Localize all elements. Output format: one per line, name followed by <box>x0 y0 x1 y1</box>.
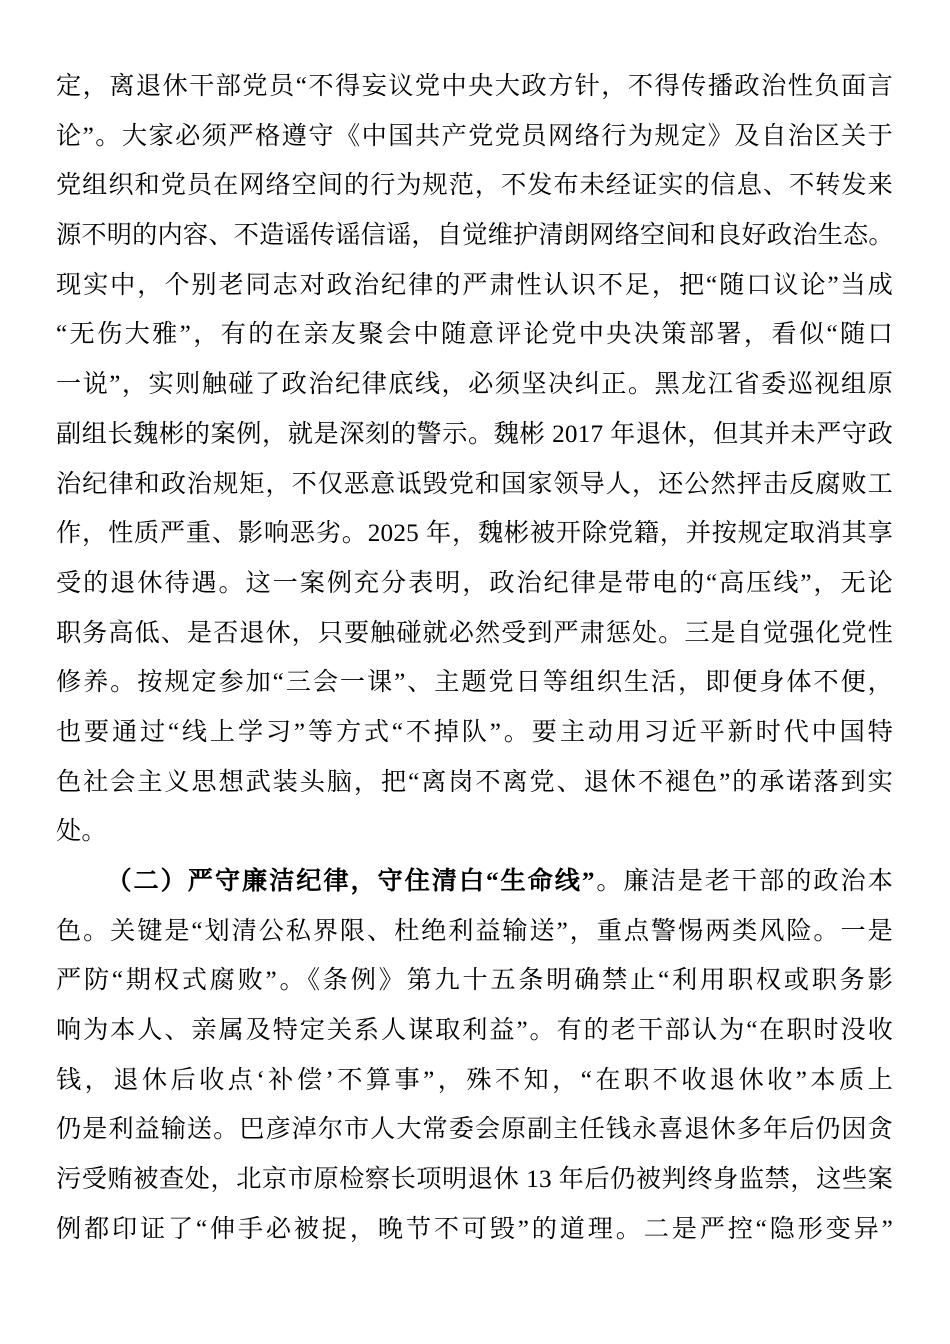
text-line: 受的退休待遇。这一案例充分表明，政治纪律是带电的“高压线”，无论 <box>56 559 893 609</box>
text-line: 仍是利益输送。巴彦淖尔市人大常委会原副主任钱永喜退休多年后仍因贪 <box>56 1105 893 1155</box>
text-run: 严防“期权式腐败”。《条例》第九十五条明确禁止“利用职权或职务影 <box>56 967 893 994</box>
document-page: 定，离退休干部党员“不得妄议党中央大政方针，不得传播政治性负面言论”。大家必须严… <box>0 0 950 1344</box>
text-run: “无伤大雅”，有的在亲友聚会中随意评论党中央决策部署，看似“随口 <box>56 321 893 348</box>
text-run: 党组织和党员在网络空间的行为规范，不发布未经证实的信息、不转发来 <box>56 172 893 199</box>
document-body: 定，离退休干部党员“不得妄议党中央大政方针，不得传播政治性负面言论”。大家必须严… <box>56 62 893 1255</box>
text-line: （二）严守廉洁纪律，守住清白“生命线”。廉洁是老干部的政治本 <box>56 857 893 907</box>
text-run: 一说”，实则触碰了政治纪律底线，必须坚决纠正。黑龙江省委巡视组原 <box>56 371 893 398</box>
text-run: 修养。按规定参加“三会一课”、主题党日等组织生活，即便身体不便， <box>56 669 893 696</box>
text-line: 修养。按规定参加“三会一课”、主题党日等组织生活，即便身体不便， <box>56 658 893 708</box>
text-run: 源不明的内容、不造谣传谣信谣，自觉维护清朗网络空间和良好政治生态。 <box>56 222 893 249</box>
text-line: 副组长魏彬的案例，就是深刻的警示。魏彬 2017 年退休，但其并未严守政 <box>56 410 893 460</box>
text-run: 现实中，个别老同志对政治纪律的严肃性认识不足，把“随口议论”当成 <box>56 272 893 299</box>
text-line: 污受贿被查处，北京市原检察长项明退休 13 年后仍被判终身监禁，这些案 <box>56 1155 893 1205</box>
text-line: 也要通过“线上学习”等方式“不掉队”。要主动用习近平新时代中国特 <box>56 708 893 758</box>
text-line: 响为本人、亲属及特定关系人谋取利益”。有的老干部认为“在职时没收 <box>56 1006 893 1056</box>
text-run: 仍是利益输送。巴彦淖尔市人大常委会原副主任钱永喜退休多年后仍因贪 <box>56 1116 893 1143</box>
text-line: “无伤大雅”，有的在亲友聚会中随意评论党中央决策部署，看似“随口 <box>56 310 893 360</box>
text-line: 治纪律和政治规矩，不仅恶意诋毁党和国家领导人，还公然抨击反腐败工 <box>56 460 893 510</box>
text-line: 定，离退休干部党员“不得妄议党中央大政方针，不得传播政治性负面言 <box>56 62 893 112</box>
text-run: 色社会主义思想武装头脑，把“离岗不离党、退休不褪色”的承诺落到实 <box>56 769 893 796</box>
text-line: 党组织和党员在网络空间的行为规范，不发布未经证实的信息、不转发来 <box>56 161 893 211</box>
text-run: 。廉洁是老干部的政治本 <box>595 868 893 895</box>
text-run: 色。关键是“划清公私界限、杜绝利益输送”，重点警惕两类风险。一是 <box>56 918 893 945</box>
text-run: 响为本人、亲属及特定关系人谋取利益”。有的老干部认为“在职时没收 <box>56 1017 893 1044</box>
text-line: 作，性质严重、影响恶劣。2025 年，魏彬被开除党籍，并按规定取消其享 <box>56 509 893 559</box>
text-run: 钱，退休后收点‘补偿’不算事”，殊不知，“在职不收退休收”本质上 <box>56 1067 893 1094</box>
text-line: 色。关键是“划清公私界限、杜绝利益输送”，重点警惕两类风险。一是 <box>56 907 893 957</box>
text-run: 例都印证了“伸手必被捉，晚节不可毁”的道理。二是严控“隐形变异” <box>56 1216 893 1243</box>
text-run: 受的退休待遇。这一案例充分表明，政治纪律是带电的“高压线”，无论 <box>56 570 893 597</box>
text-line: 论”。大家必须严格遵守《中国共产党党员网络行为规定》及自治区关于 <box>56 112 893 162</box>
text-line: 源不明的内容、不造谣传谣信谣，自觉维护清朗网络空间和良好政治生态。 <box>56 211 893 261</box>
text-run: 论”。大家必须严格遵守《中国共产党党员网络行为规定》及自治区关于 <box>56 123 893 150</box>
text-run: 职务高低、是否退休，只要触碰就必然受到严肃惩处。三是自觉强化党性 <box>56 620 893 647</box>
text-line: 处。 <box>56 807 893 857</box>
text-line: 严防“期权式腐败”。《条例》第九十五条明确禁止“利用职权或职务影 <box>56 956 893 1006</box>
text-run: 定，离退休干部党员“不得妄议党中央大政方针，不得传播政治性负面言 <box>56 73 893 100</box>
text-line: 色社会主义思想武装头脑，把“离岗不离党、退休不褪色”的承诺落到实 <box>56 758 893 808</box>
text-run: 处。 <box>56 818 107 845</box>
heading-run: （二）严守廉洁纪律，守住清白“生命线” <box>106 868 594 895</box>
text-run: 也要通过“线上学习”等方式“不掉队”。要主动用习近平新时代中国特 <box>56 719 893 746</box>
text-line: 例都印证了“伸手必被捉，晚节不可毁”的道理。二是严控“隐形变异” <box>56 1205 893 1255</box>
text-run: 作，性质严重、影响恶劣。2025 年，魏彬被开除党籍，并按规定取消其享 <box>56 520 893 547</box>
text-line: 钱，退休后收点‘补偿’不算事”，殊不知，“在职不收退休收”本质上 <box>56 1056 893 1106</box>
text-run: 治纪律和政治规矩，不仅恶意诋毁党和国家领导人，还公然抨击反腐败工 <box>56 471 893 498</box>
text-run: 污受贿被查处，北京市原检察长项明退休 13 年后仍被判终身监禁，这些案 <box>56 1166 893 1193</box>
text-run: 副组长魏彬的案例，就是深刻的警示。魏彬 2017 年退休，但其并未严守政 <box>56 421 893 448</box>
text-line: 现实中，个别老同志对政治纪律的严肃性认识不足，把“随口议论”当成 <box>56 261 893 311</box>
text-line: 一说”，实则触碰了政治纪律底线，必须坚决纠正。黑龙江省委巡视组原 <box>56 360 893 410</box>
text-line: 职务高低、是否退休，只要触碰就必然受到严肃惩处。三是自觉强化党性 <box>56 609 893 659</box>
